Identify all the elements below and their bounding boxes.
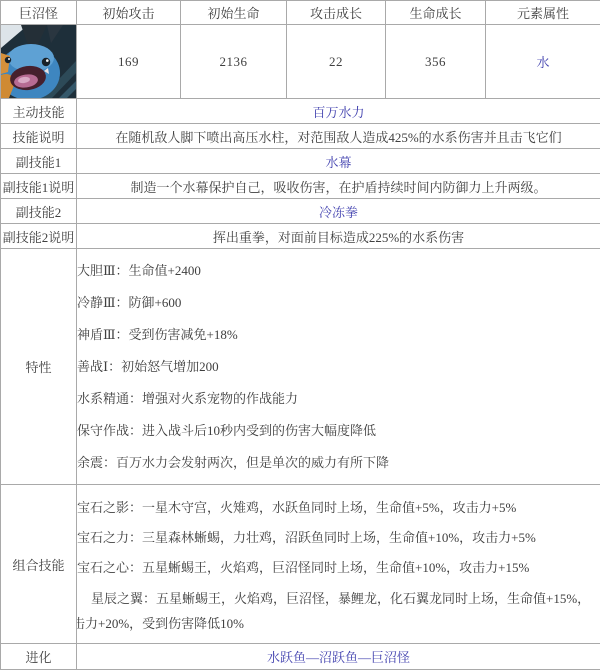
combo-item: 星辰之翼：五星蜥蜴王，火焰鸡，巨沼怪，暴鲤龙，化石翼龙同时上场，生命值+15%，… <box>77 586 600 636</box>
stat-initial-attack: 169 <box>77 25 181 99</box>
stat-hp-growth: 356 <box>386 25 486 99</box>
combo-item: 宝石之力：三星森林蜥蜴，力壮鸡，沼跃鱼同时上场，生命值+10%，攻击力+5% <box>77 523 600 553</box>
sub-skill-2-row: 副技能2 冷冻拳 <box>1 199 600 224</box>
pet-name: 巨沼怪 <box>1 1 77 25</box>
active-skill-label: 主动技能 <box>1 99 77 124</box>
header-initial-hp: 初始生命 <box>181 1 287 25</box>
sub-skill-1-desc-text: 制造一个水幕保护自己，吸收伤害，在护盾持续时间内防御力上升两级。 <box>77 174 600 199</box>
sub-skill-1-name-link[interactable]: 水幕 <box>77 149 600 174</box>
combo-skills-row: 组合技能 宝石之影：一星木守宫，火雉鸡，水跃鱼同时上场，生命值+5%，攻击力+5… <box>1 485 600 644</box>
active-skill-row: 主动技能 百万水力 <box>1 99 600 124</box>
sub-skill-1-desc-label: 副技能1说明 <box>1 174 77 199</box>
stat-initial-hp: 2136 <box>181 25 287 99</box>
header-attack-growth: 攻击成长 <box>287 1 386 25</box>
active-skill-desc-text: 在随机敌人脚下喷出高压水柱，对范围敌人造成425%的水系伤害并且击飞它们 <box>77 124 600 149</box>
stat-attack-growth: 22 <box>287 25 386 99</box>
sub-skill-1-row: 副技能1 水幕 <box>1 149 600 174</box>
sub-skill-2-label: 副技能2 <box>1 199 77 224</box>
combo-skills-label: 组合技能 <box>1 485 77 644</box>
trait-item: 保守作战：进入战斗后10秒内受到的伤害大幅度降低 <box>77 415 600 447</box>
combo-item: 宝石之心：五星蜥蜴王，火焰鸡，巨沼怪同时上场，生命值+10%，攻击力+15% <box>77 553 600 583</box>
active-skill-name-link[interactable]: 百万水力 <box>77 99 600 124</box>
trait-item: 善战Ⅰ：初始怒气增加200 <box>77 351 600 383</box>
traits-list: 大胆Ⅲ：生命值+2400 冷静Ⅲ：防御+600 神盾Ⅲ：受到伤害减免+18% 善… <box>77 249 600 485</box>
header-element: 元素属性 <box>486 1 600 25</box>
pet-portrait-image <box>1 25 76 98</box>
active-skill-desc-label: 技能说明 <box>1 124 77 149</box>
sub-skill-2-desc-text: 挥出重拳，对面前目标造成225%的水系伤害 <box>77 224 600 249</box>
sub-skill-1-desc-row: 副技能1说明 制造一个水幕保护自己，吸收伤害，在护盾持续时间内防御力上升两级。 <box>1 174 600 199</box>
evolution-row: 进化 水跃鱼—沼跃鱼—巨沼怪 <box>1 644 600 670</box>
trait-item: 冷静Ⅲ：防御+600 <box>77 287 600 319</box>
stat-element-link[interactable]: 水 <box>486 25 600 99</box>
evolution-label: 进化 <box>1 644 77 670</box>
stats-row: 169 2136 22 356 水 <box>1 25 600 99</box>
sub-skill-2-desc-row: 副技能2说明 挥出重拳，对面前目标造成225%的水系伤害 <box>1 224 600 249</box>
trait-item: 神盾Ⅲ：受到伤害减免+18% <box>77 319 600 351</box>
header-row: 巨沼怪 初始攻击 初始生命 攻击成长 生命成长 元素属性 <box>1 1 600 25</box>
trait-item: 水系精通：增强对火系宠物的作战能力 <box>77 383 600 415</box>
trait-item: 余震：百万水力会发射两次，但是单次的威力有所下降 <box>77 447 600 479</box>
traits-row: 特性 大胆Ⅲ：生命值+2400 冷静Ⅲ：防御+600 神盾Ⅲ：受到伤害减免+18… <box>1 249 600 485</box>
combo-skills-list: 宝石之影：一星木守宫，火雉鸡，水跃鱼同时上场，生命值+5%，攻击力+5% 宝石之… <box>77 485 600 644</box>
pet-info-sheet: 巨沼怪 初始攻击 初始生命 攻击成长 生命成长 元素属性 <box>0 0 600 669</box>
sub-skill-2-desc-label: 副技能2说明 <box>1 224 77 249</box>
active-skill-desc-row: 技能说明 在随机敌人脚下喷出高压水柱，对范围敌人造成425%的水系伤害并且击飞它… <box>1 124 600 149</box>
pet-stats-table: 巨沼怪 初始攻击 初始生命 攻击成长 生命成长 元素属性 <box>0 0 600 670</box>
pet-portrait <box>1 25 77 99</box>
evolution-chain-link[interactable]: 水跃鱼—沼跃鱼—巨沼怪 <box>77 644 600 670</box>
combo-item: 宝石之影：一星木守宫，火雉鸡，水跃鱼同时上场，生命值+5%，攻击力+5% <box>77 493 600 523</box>
header-hp-growth: 生命成长 <box>386 1 486 25</box>
header-initial-attack: 初始攻击 <box>77 1 181 25</box>
sub-skill-2-name-link[interactable]: 冷冻拳 <box>77 199 600 224</box>
sub-skill-1-label: 副技能1 <box>1 149 77 174</box>
traits-label: 特性 <box>1 249 77 485</box>
trait-item: 大胆Ⅲ：生命值+2400 <box>77 255 600 287</box>
